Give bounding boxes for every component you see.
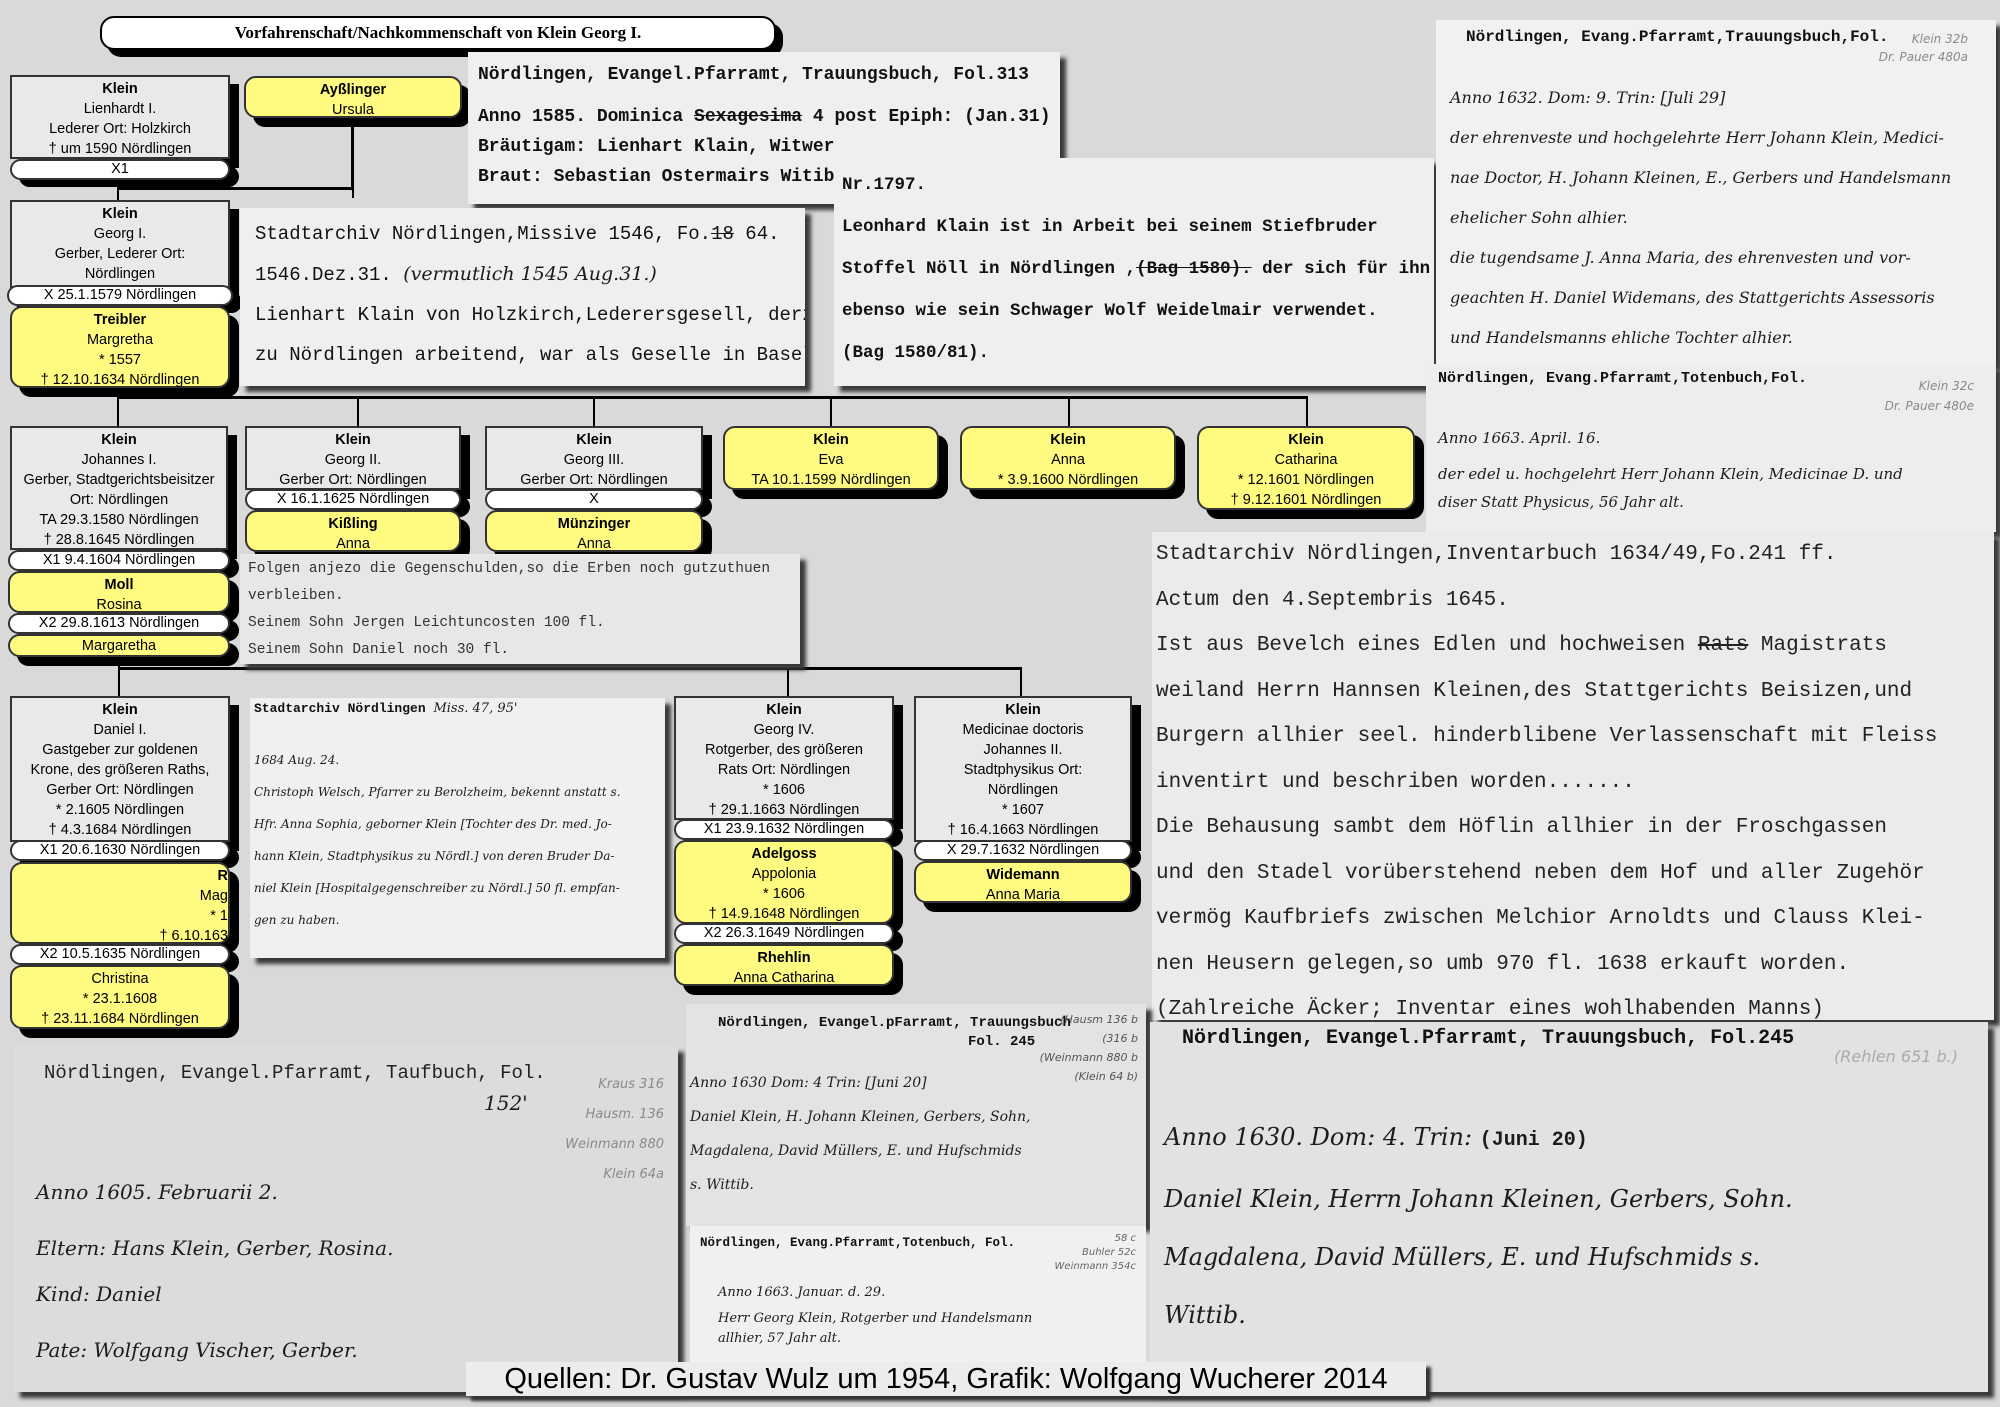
document-trauungsbuch-245-large: Nördlingen, Evangel.Pfarramt, Trauungsbu… bbox=[1150, 1022, 1988, 1392]
person-line: Johannes II. bbox=[918, 740, 1128, 760]
person-line: Christina bbox=[14, 969, 226, 989]
document-stadtarchiv-1684: Stadtarchiv Nördlingen Miss. 47, 95' 168… bbox=[250, 698, 665, 958]
document-line: ebenso wie sein Schwager Wolf Weidelmair… bbox=[842, 290, 1434, 332]
person-line: † 6.10.163 bbox=[14, 926, 228, 946]
document-line: verbleiben. bbox=[248, 583, 800, 610]
document-line: nen Heusern gelegen,so umb 970 fl. 1638 … bbox=[1156, 942, 1994, 988]
person-box-catharina-klein[interactable]: Klein Catharina * 12.1601 Nördlingen † 9… bbox=[1197, 426, 1415, 510]
surname: R bbox=[14, 866, 228, 886]
sources-caption: Quellen: Dr. Gustav Wulz um 1954, Grafik… bbox=[466, 1362, 1426, 1396]
document-gegenschulden: Folgen anjezo die Gegenschulden,so die E… bbox=[240, 554, 800, 664]
document-trauungsbuch-245-small: Nördlingen, Evangel.pFarramt, Trauungsbu… bbox=[686, 1004, 1146, 1226]
person-line: Gastgeber zur goldenen bbox=[14, 740, 226, 760]
surname: Klein bbox=[14, 430, 224, 450]
handwritten-text: Anno 1632. Dom: 9. Trin: [Juli 29] der e… bbox=[1450, 78, 1996, 358]
connector bbox=[118, 655, 120, 697]
document-header: Stadtarchiv Nördlingen,Missive 1546, Fo.… bbox=[255, 214, 805, 254]
margin-notes: 58 c Buhler 52c Weinmann 354c bbox=[1055, 1232, 1136, 1274]
document-inventarbuch: Stadtarchiv Nördlingen,Inventarbuch 1634… bbox=[1152, 532, 1994, 1020]
person-line: Nördlingen bbox=[14, 264, 226, 284]
person-line: Stadtphysikus Ort: bbox=[918, 760, 1128, 780]
person-line: Lienhardt I. bbox=[14, 99, 226, 119]
connector bbox=[352, 110, 354, 190]
document-line: 1546.Dez.31. (vermutlich 1545 Aug.31.) bbox=[255, 254, 805, 295]
surname: Treibler bbox=[14, 310, 226, 330]
person-line: Eva bbox=[727, 450, 935, 470]
person-box-anna-muenzinger[interactable]: Münzinger Anna bbox=[485, 510, 703, 552]
person-line: * 1606 bbox=[678, 780, 890, 800]
document-line: Seinem Sohn Jergen Leichtuncosten 100 fl… bbox=[248, 610, 800, 637]
person-box-anna-maria-widemann[interactable]: Widemann Anna Maria bbox=[914, 861, 1132, 903]
surname: Klein bbox=[14, 204, 226, 224]
document-line: Burgern allhier seel. hinderblibene Verl… bbox=[1156, 714, 1994, 760]
document-line: Seinem Sohn Daniel noch 30 fl. bbox=[248, 637, 800, 664]
person-line: Anna Catharina bbox=[678, 968, 890, 988]
connector bbox=[1306, 396, 1308, 426]
person-line: TA 29.3.1580 Nördlingen bbox=[14, 510, 224, 530]
surname: Klein bbox=[1201, 430, 1411, 450]
document-line: vermög Kaufbriefs zwischen Melchior Arno… bbox=[1156, 896, 1994, 942]
person-box-georg4-klein[interactable]: Klein Georg IV. Rotgerber, des größeren … bbox=[674, 696, 894, 820]
connector bbox=[1068, 396, 1070, 426]
surname: Münzinger bbox=[489, 514, 699, 534]
document-line: Ist aus Bevelch eines Edlen und hochweis… bbox=[1156, 623, 1994, 669]
person-box-appolonia-adelgoss[interactable]: Adelgoss Appolonia * 1606 † 14.9.1648 Nö… bbox=[674, 840, 894, 924]
handwritten-text: Anno 1630. Dom: 4. Trin: (Juni 20) Danie… bbox=[1164, 1108, 1988, 1344]
person-line: † 23.11.1684 Nördlingen bbox=[14, 1009, 226, 1029]
person-box-ursula-ayslinger[interactable]: Ayßlinger Ursula bbox=[244, 76, 462, 118]
surname: Klein bbox=[489, 430, 699, 450]
marriage-pill: X1 9.4.1604 Nördlingen bbox=[8, 550, 230, 571]
surname: Kißling bbox=[249, 514, 457, 534]
person-line: Anna bbox=[964, 450, 1172, 470]
surname: Klein bbox=[14, 79, 226, 99]
person-line: TA 10.1.1599 Nördlingen bbox=[727, 470, 935, 490]
person-box-georg3-klein[interactable]: Klein Georg III. Gerber Ort: Nördlingen bbox=[485, 426, 703, 490]
person-line: Ort: Nördlingen bbox=[14, 490, 224, 510]
surname: Klein bbox=[249, 430, 457, 450]
margin-notes: (Hausm 136 b (316 b (Weinmann 880 b (Kle… bbox=[1040, 1010, 1138, 1086]
person-box-anna-catharina-rhehlin[interactable]: Rhehlin Anna Catharina bbox=[674, 944, 894, 986]
person-box-georg1-klein[interactable]: Klein Georg I. Gerber, Lederer Ort: Nörd… bbox=[10, 200, 230, 288]
document-line: inventirt und beschriben worden....... bbox=[1156, 760, 1994, 806]
person-line: Rosina bbox=[12, 595, 226, 615]
document-totenbuch-1663-jan: Nördlingen, Evang.Pfarramt,Totenbuch, Fo… bbox=[690, 1226, 1146, 1362]
document-trauungsbuch-1632: Nördlingen, Evang.Pfarramt,Trauungsbuch,… bbox=[1436, 20, 1996, 365]
person-line: * 12.1601 Nördlingen bbox=[1201, 470, 1411, 490]
person-line: * 23.1.1608 bbox=[14, 989, 226, 1009]
person-line: Catharina bbox=[1201, 450, 1411, 470]
marriage-pill: X2 29.8.1613 Nördlingen bbox=[8, 613, 230, 634]
person-line: Mag bbox=[14, 886, 228, 906]
document-line: Actum den 4.Septembris 1645. bbox=[1156, 578, 1994, 624]
person-line: Georg II. bbox=[249, 450, 457, 470]
margin-notes: (Rehlen 651 b.) bbox=[1834, 1044, 1958, 1070]
document-line: Lienhart Klain von Holzkirch,Lederersges… bbox=[255, 295, 805, 335]
connector bbox=[117, 187, 353, 190]
surname: Klein bbox=[964, 430, 1172, 450]
person-line: Gerber, Stadtgerichtsbeisitzer bbox=[14, 470, 224, 490]
document-line: Folgen anjezo die Gegenschulden,so die E… bbox=[248, 556, 800, 583]
person-line: † 4.3.1684 Nördlingen bbox=[14, 820, 226, 840]
document-line: Stoffel Nöll in Nördlingen ,(Bag 1580). … bbox=[842, 248, 1434, 290]
person-box-christina[interactable]: Christina * 23.1.1608 † 23.11.1684 Nördl… bbox=[10, 965, 230, 1029]
person-line: † 9.12.1601 Nördlingen bbox=[1201, 490, 1411, 510]
connector bbox=[787, 667, 789, 697]
margin-notes: Kraus 316 Hausm. 136 Weinmann 880 Klein … bbox=[565, 1070, 664, 1190]
connector bbox=[357, 396, 359, 426]
person-line: † 28.8.1645 Nördlingen bbox=[14, 530, 224, 550]
document-line: Leonhard Klain ist in Arbeit bei seinem … bbox=[842, 206, 1434, 248]
person-line: * 3.9.1600 Nördlingen bbox=[964, 470, 1172, 490]
person-box-margretha-treibler[interactable]: Treibler Margretha * 1557 † 12.10.1634 N… bbox=[10, 306, 230, 388]
folio-number: 152' bbox=[484, 1090, 528, 1116]
person-line: † 29.1.1663 Nördlingen bbox=[678, 800, 890, 820]
person-line: Margaretha bbox=[12, 636, 226, 656]
person-line: * 1 bbox=[14, 906, 228, 926]
marriage-pill: X1 bbox=[10, 159, 230, 180]
surname: Klein bbox=[678, 700, 890, 720]
document-line: und den Stadel vorüberstehend neben dem … bbox=[1156, 851, 1994, 897]
surname: Widemann bbox=[918, 865, 1128, 885]
margin-notes: Klein 32c Dr. Pauer 480e bbox=[1885, 376, 1974, 416]
marriage-pill: X 25.1.1579 Nördlingen bbox=[7, 285, 233, 306]
document-line: Anno 1585. Dominica Sexagesima 4 post Ep… bbox=[478, 102, 1060, 132]
person-line: Gerber, Lederer Ort: bbox=[14, 244, 226, 264]
handwritten-text: Anno 1663. Januar. d. 29. Herr Georg Kle… bbox=[718, 1280, 1146, 1352]
marriage-pill: X 29.7.1632 Nördlingen bbox=[914, 840, 1132, 861]
connector bbox=[830, 396, 832, 426]
person-box-lienhardt-klein[interactable]: Klein Lienhardt I. Lederer Ort: Holzkirc… bbox=[10, 75, 230, 159]
surname: Moll bbox=[12, 575, 226, 595]
person-line: Anna bbox=[249, 534, 457, 554]
person-line: Gerber Ort: Nördlingen bbox=[249, 470, 457, 490]
document-header: Nr.1797. bbox=[842, 164, 1434, 206]
connector bbox=[1020, 667, 1022, 697]
document-line: (Bag 1580/81). bbox=[842, 332, 1434, 374]
person-line: Krone, des größeren Raths, bbox=[14, 760, 226, 780]
person-line: Rotgerber, des größeren bbox=[678, 740, 890, 760]
person-box-anna-kissling[interactable]: Kißling Anna bbox=[245, 510, 461, 552]
surname: Klein bbox=[727, 430, 935, 450]
person-line: Rats Ort: Nördlingen bbox=[678, 760, 890, 780]
person-line: Gerber Ort: Nördlingen bbox=[489, 470, 699, 490]
document-missive-1546: Stadtarchiv Nördlingen,Missive 1546, Fo.… bbox=[240, 208, 805, 386]
document-line: (Zahlreiche Äcker; Inventar eines wohlha… bbox=[1156, 987, 1994, 1020]
document-taufbuch: Nördlingen, Evangel.Pfarramt, Taufbuch, … bbox=[14, 1046, 678, 1392]
person-line: Anna Maria bbox=[918, 885, 1128, 905]
document-line: zu Nördlingen arbeitend, war als Geselle… bbox=[255, 335, 805, 375]
marriage-pill: X2 10.5.1635 Nördlingen bbox=[10, 944, 230, 965]
person-line: Daniel I. bbox=[14, 720, 226, 740]
person-box-margaretha[interactable]: Margaretha bbox=[8, 634, 230, 657]
person-box-eva-klein[interactable]: Klein Eva TA 10.1.1599 Nördlingen bbox=[723, 426, 939, 490]
surname: Rhehlin bbox=[678, 948, 890, 968]
connector bbox=[118, 667, 1022, 670]
person-box-rosina-moll[interactable]: Moll Rosina bbox=[8, 571, 230, 613]
document-header: Nördlingen, Evangel.Pfarramt, Trauungsbu… bbox=[478, 60, 1060, 90]
person-line: † um 1590 Nördlingen bbox=[14, 139, 226, 159]
person-box-daniel1-klein[interactable]: Klein Daniel I. Gastgeber zur goldenen K… bbox=[10, 696, 230, 842]
person-box-johannes1-klein[interactable]: Klein Johannes I. Gerber, Stadtgerichtsb… bbox=[10, 426, 228, 550]
person-line: * 1606 bbox=[678, 884, 890, 904]
chart-title: Vorfahrenschaft/Nachkommenschaft von Kle… bbox=[100, 16, 776, 50]
person-line: Anna bbox=[489, 534, 699, 554]
person-line: Medicinae doctoris bbox=[918, 720, 1128, 740]
person-line: † 16.4.1663 Nördlingen bbox=[918, 820, 1128, 840]
margin-notes: Klein 32b Dr. Pauer 480a bbox=[1879, 30, 1968, 66]
document-line: weiland Herrn Hannsen Kleinen,des Stattg… bbox=[1156, 669, 1994, 715]
person-line: Lederer Ort: Holzkirch bbox=[14, 119, 226, 139]
surname: Ayßlinger bbox=[248, 80, 458, 100]
person-line: Georg I. bbox=[14, 224, 226, 244]
person-line: Margretha bbox=[14, 330, 226, 350]
surname: Klein bbox=[14, 700, 226, 720]
person-line: Georg IV. bbox=[678, 720, 890, 740]
person-box-johannes2-klein[interactable]: Klein Medicinae doctoris Johannes II. St… bbox=[914, 696, 1132, 842]
surname: Klein bbox=[918, 700, 1128, 720]
marriage-pill: X2 26.3.1649 Nördlingen bbox=[674, 923, 894, 944]
marriage-pill: X bbox=[485, 489, 703, 510]
person-line: Gerber Ort: Nördlingen bbox=[14, 780, 226, 800]
document-line: Die Behausung sambt dem Höflin allhier i… bbox=[1156, 805, 1994, 851]
person-line: * 2.1605 Nördlingen bbox=[14, 800, 226, 820]
person-line: Nördlingen bbox=[918, 780, 1128, 800]
person-line: Georg III. bbox=[489, 450, 699, 470]
document-header: Stadtarchiv Nördlingen,Inventarbuch 1634… bbox=[1156, 532, 1994, 578]
person-box-anna-klein[interactable]: Klein Anna * 3.9.1600 Nördlingen bbox=[960, 426, 1176, 490]
document-nr-1797: Nr.1797. Leonhard Klain ist in Arbeit be… bbox=[834, 158, 1434, 386]
document-totenbuch-1663-april: Nördlingen, Evang.Pfarramt,Totenbuch,Fol… bbox=[1426, 364, 1996, 532]
handwritten-text: Anno 1605. Februarii 2. Eltern: Hans Kle… bbox=[36, 1164, 678, 1378]
handwritten-text: Anno 1630 Dom: 4 Trin: [Juni 20] Daniel … bbox=[690, 1066, 1146, 1202]
connector bbox=[117, 396, 119, 426]
handwritten-text: 1684 Aug. 24. Christoph Welsch, Pfarrer … bbox=[254, 744, 665, 936]
marriage-pill: X 16.1.1625 Nördlingen bbox=[245, 489, 461, 510]
marriage-pill: X1 23.9.1632 Nördlingen bbox=[674, 819, 894, 840]
person-box-magdalena-partial[interactable]: R Mag * 1 † 6.10.163 bbox=[10, 862, 230, 944]
person-line: Ursula bbox=[248, 100, 458, 120]
person-box-georg2-klein[interactable]: Klein Georg II. Gerber Ort: Nördlingen bbox=[245, 426, 461, 490]
person-line: Johannes I. bbox=[14, 450, 224, 470]
person-line: † 14.9.1648 Nördlingen bbox=[678, 904, 890, 924]
marriage-pill: X1 20.6.1630 Nördlingen bbox=[10, 840, 230, 861]
handwritten-text: Anno 1663. April. 16. der edel u. hochge… bbox=[1438, 420, 1996, 520]
person-line: Appolonia bbox=[678, 864, 890, 884]
connector bbox=[593, 396, 595, 426]
connector bbox=[117, 396, 1307, 399]
document-header: Stadtarchiv Nördlingen Miss. 47, 95' bbox=[254, 700, 665, 718]
person-line: * 1607 bbox=[918, 800, 1128, 820]
surname: Adelgoss bbox=[678, 844, 890, 864]
person-line: † 12.10.1634 Nördlingen bbox=[14, 370, 226, 390]
person-line: * 1557 bbox=[14, 350, 226, 370]
